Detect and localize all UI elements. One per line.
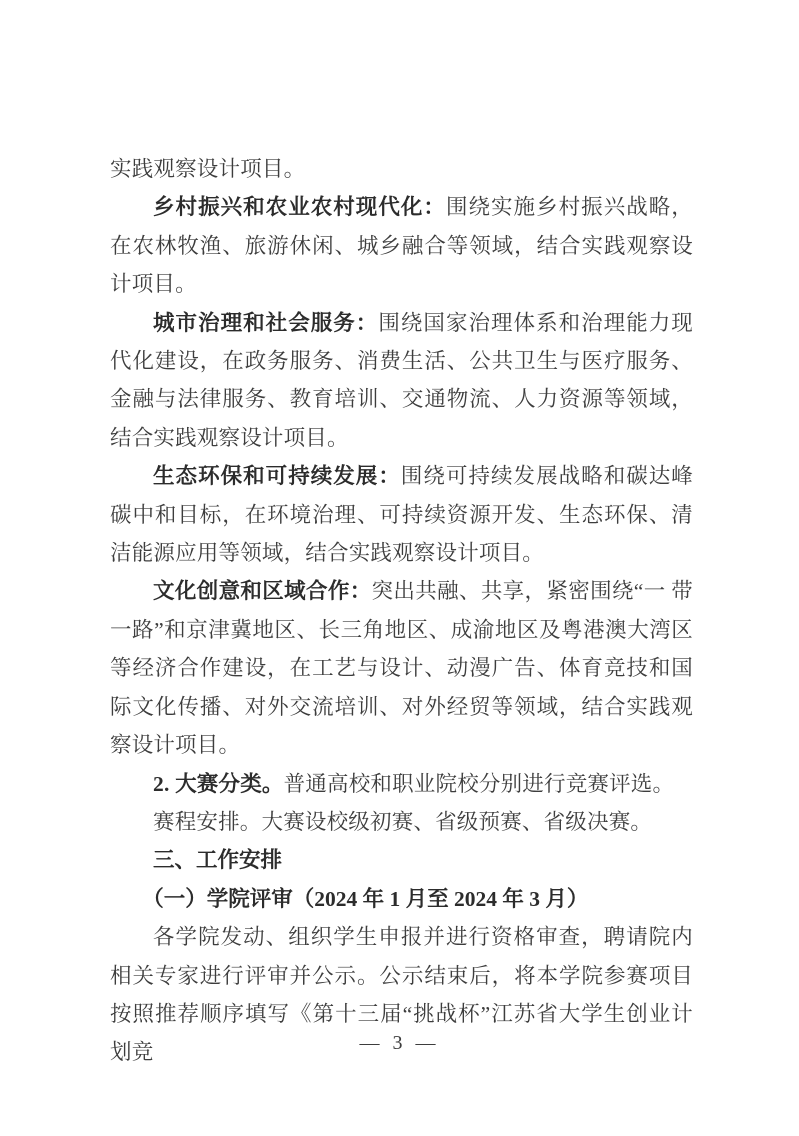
- page-number: — 3 —: [0, 1032, 799, 1055]
- paragraph-lead: 文化创意和区域合作：: [153, 579, 372, 603]
- paragraph-lead: 生态环保和可持续发展：: [153, 464, 401, 488]
- paragraph-text: 突出共融、共享，紧密围绕“一 带一路”和京津冀地区、长三角地区、成渝地区及粤港澳…: [110, 579, 693, 757]
- paragraph-lead: 2. 大赛分类。: [153, 772, 284, 796]
- section-heading-work-arrangement: 三、工作安排: [110, 841, 693, 879]
- paragraph-text: 普通高校和职业院校分别进行竞赛评选。: [284, 772, 675, 796]
- paragraph-schedule: 赛程安排。大赛设校级初赛、省级预赛、省级决赛。: [110, 803, 693, 841]
- paragraph-rural-revitalization: 乡村振兴和农业农村现代化：围绕实施乡村振兴战略，在农林牧渔、旅游休闲、城乡融合等…: [110, 188, 693, 303]
- paragraph-lead: 城市治理和社会服务：: [153, 311, 378, 335]
- paragraph-eco-sustainability: 生态环保和可持续发展：围绕可持续发展战略和碳达峰 碳中和目标，在环境治理、可持续…: [110, 457, 693, 572]
- document-page: 实践观察设计项目。 乡村振兴和农业农村现代化：围绕实施乡村振兴战略，在农林牧渔、…: [0, 0, 799, 1136]
- paragraph-lead: 乡村振兴和农业农村现代化：: [153, 195, 446, 219]
- paragraph-cultural-creativity: 文化创意和区域合作：突出共融、共享，紧密围绕“一 带一路”和京津冀地区、长三角地…: [110, 572, 693, 764]
- paragraph-urban-governance: 城市治理和社会服务：围绕国家治理体系和治理能力现代化建设，在政务服务、消费生活、…: [110, 304, 693, 458]
- paragraph-continuation: 实践观察设计项目。: [110, 150, 693, 188]
- paragraph-competition-category: 2. 大赛分类。普通高校和职业院校分别进行竞赛评选。: [110, 765, 693, 803]
- subsection-heading-college-review: （一）学院评审（2024 年 1 月至 2024 年 3 月）: [110, 880, 693, 918]
